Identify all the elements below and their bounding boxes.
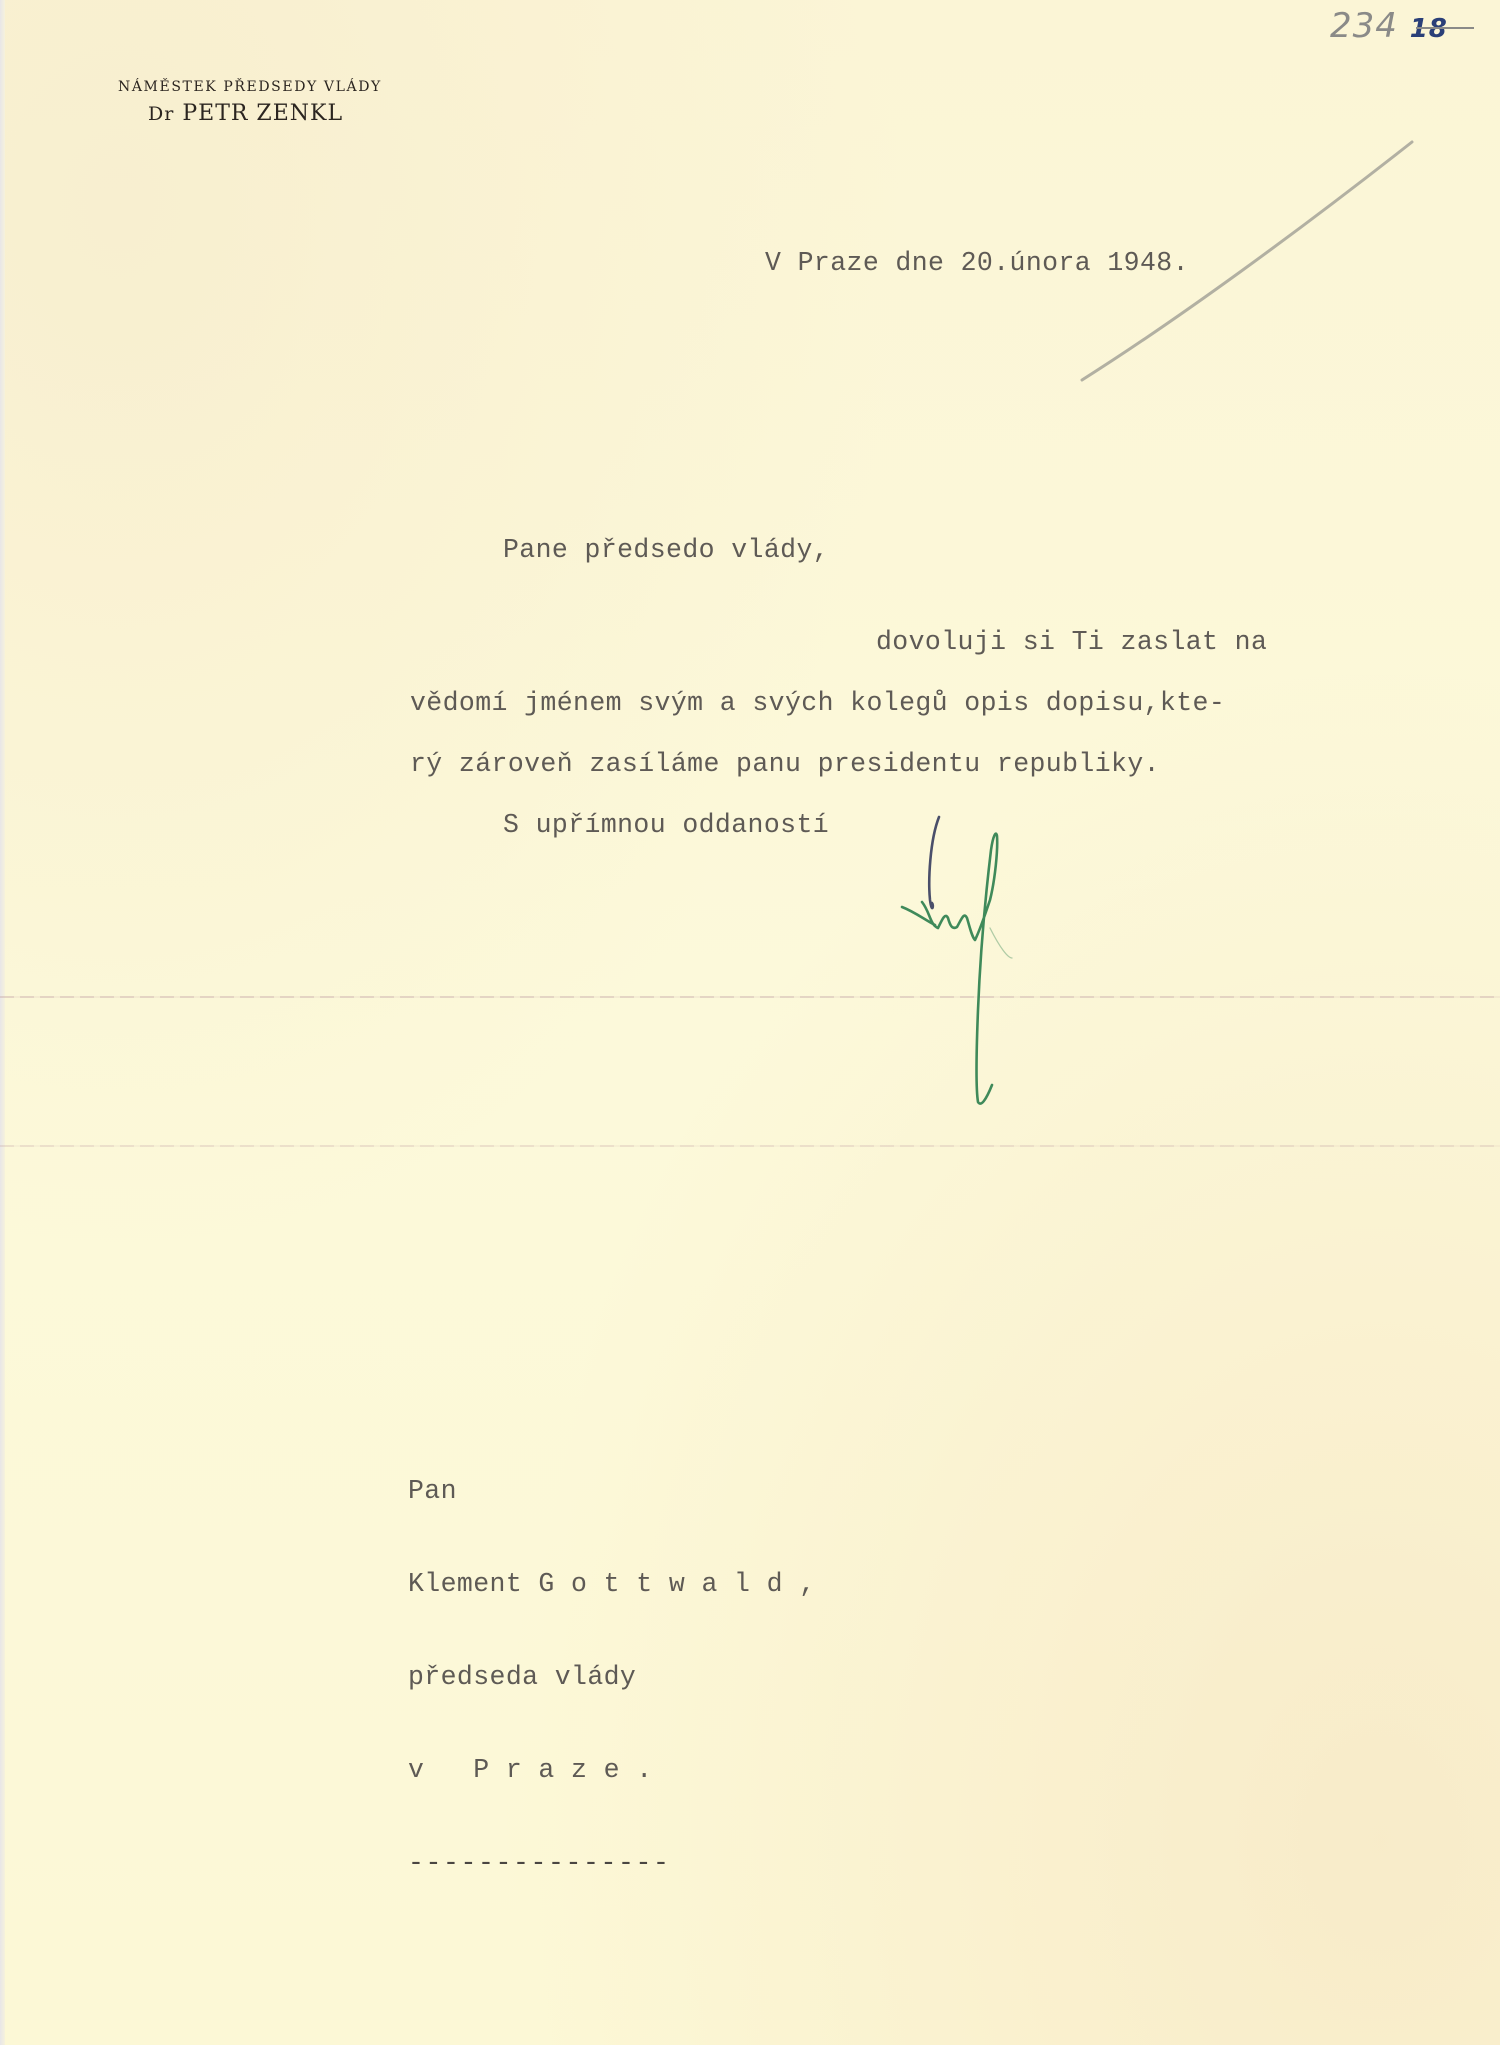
handwriting-overlay: [0, 0, 1500, 2045]
signature-icon: [902, 817, 1012, 1104]
pencil-strike-icon: [1082, 142, 1412, 380]
